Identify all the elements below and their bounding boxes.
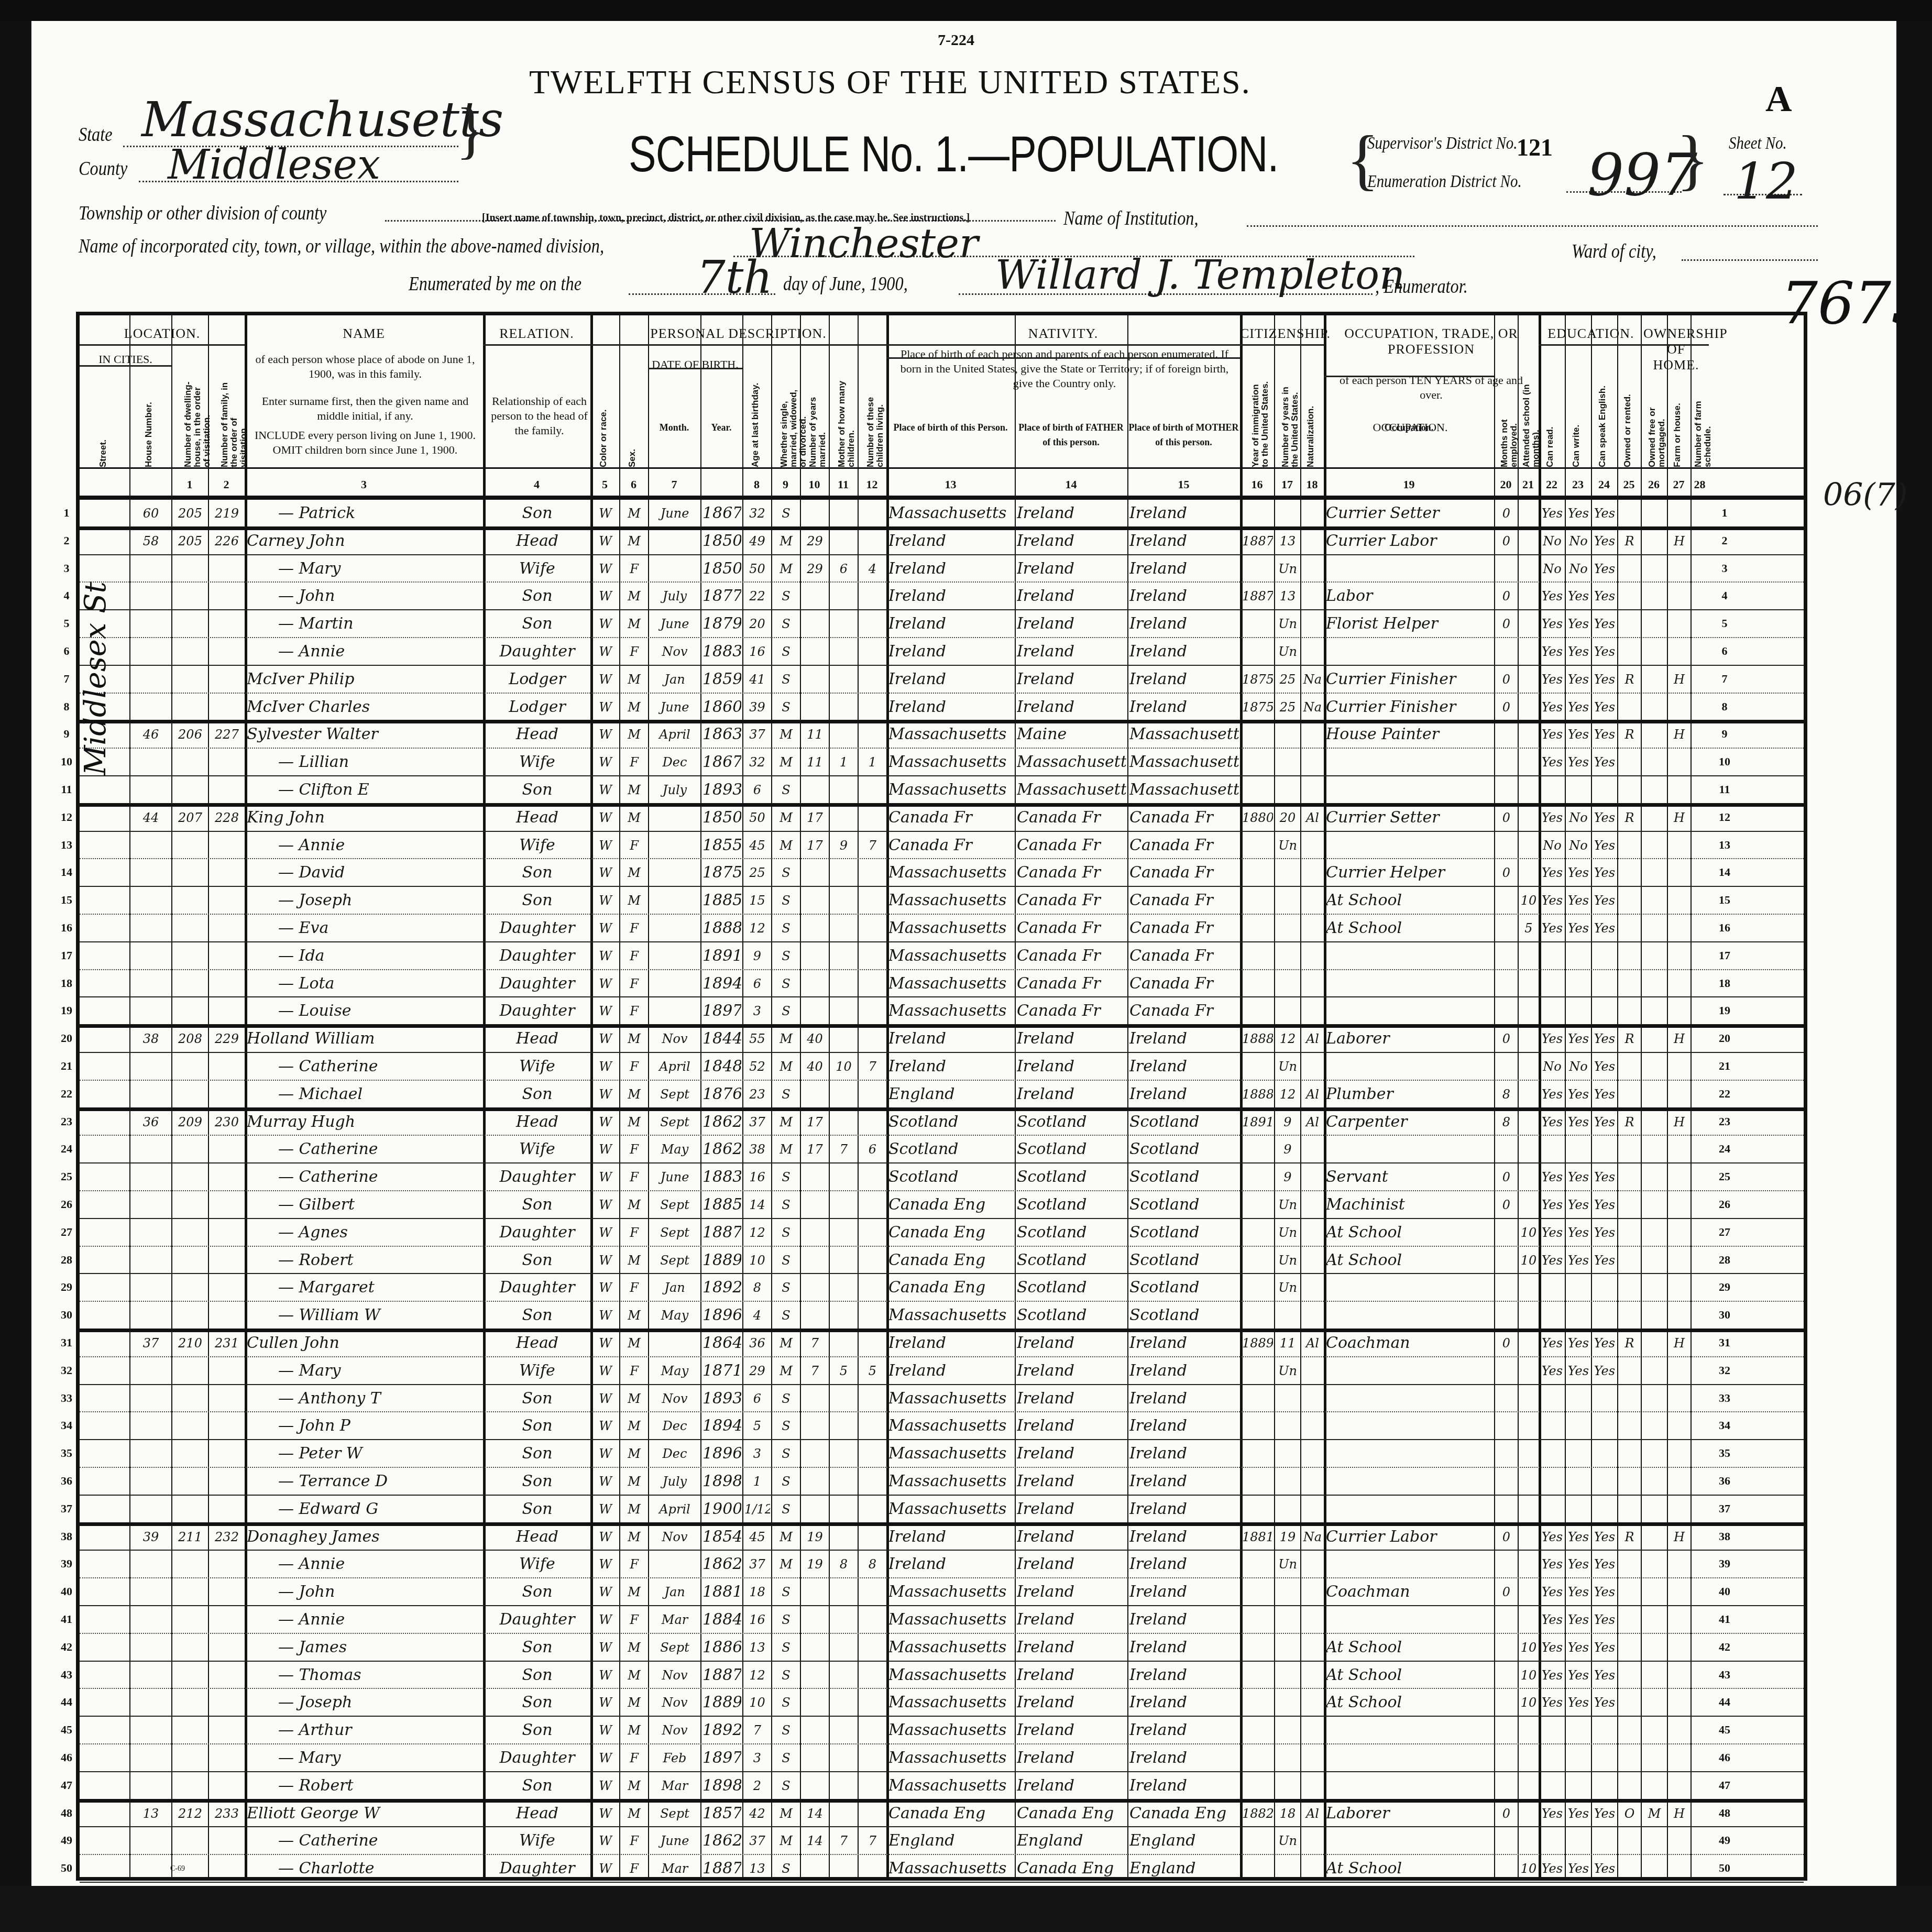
line-number: 27	[56, 1225, 77, 1239]
cell-month: June	[650, 1162, 699, 1192]
cell-marital: S	[773, 1854, 799, 1883]
table-row: — JohnSonWMJan188118SMassachusettsIrelan…	[80, 1577, 1804, 1605]
subheader-nativity-desc: Place of birth of each person and parent…	[892, 347, 1237, 391]
cell-dwell: 207	[173, 803, 207, 832]
cell-age: 3	[744, 1439, 770, 1468]
line-number: 27	[1714, 1225, 1735, 1239]
cell-dwell: 209	[173, 1107, 207, 1137]
cell-read: Yes	[1541, 886, 1564, 915]
cell-sex: F	[621, 914, 647, 943]
cell-name: — Charlotte	[247, 1854, 513, 1883]
cell-name: — Agnes	[247, 1218, 513, 1247]
cell-month: April	[650, 1495, 699, 1524]
cell-rel: Head	[485, 1024, 589, 1053]
cell-rel: Wife	[485, 1356, 589, 1386]
cell-ym: 19	[802, 1522, 828, 1552]
cell-age: 8	[744, 1273, 770, 1302]
cell-name: — Annie	[247, 1605, 513, 1634]
cell-bp: Massachusetts	[888, 1661, 1014, 1690]
cell-bpm: Ireland	[1129, 1716, 1239, 1745]
cell-bpm: Ireland	[1129, 1439, 1239, 1468]
cell-marital: M	[773, 554, 799, 584]
cell-month: Sept	[650, 1246, 699, 1275]
cell-color: W	[592, 1854, 618, 1883]
cell-year: 1888	[702, 914, 741, 943]
line-number: 11	[56, 783, 77, 796]
cell-age: 18	[744, 1577, 770, 1607]
cell-marital: M	[773, 720, 799, 749]
cell-year: 1863	[702, 720, 741, 749]
cell-bpf: Canada Fr	[1017, 886, 1126, 915]
cell-ym: 17	[802, 803, 828, 832]
cell-sex: M	[621, 720, 647, 749]
cell-yrs: Un	[1276, 1356, 1299, 1386]
cell-marital: S	[773, 1661, 799, 1690]
cell-month: June	[650, 609, 699, 639]
cell-year: 1887	[702, 1661, 741, 1690]
cell-write: Yes	[1567, 858, 1590, 887]
cell-sex: F	[621, 1605, 647, 1634]
cell-farm: H	[1669, 1107, 1689, 1137]
cell-write: Yes	[1567, 1024, 1590, 1053]
cell-year: 1883	[702, 637, 741, 666]
cell-marital: S	[773, 693, 799, 722]
cell-age: 6	[744, 969, 770, 998]
cell-bpm: Scotland	[1129, 1301, 1239, 1330]
cell-rel: Son	[485, 1577, 589, 1607]
cell-marital: S	[773, 1384, 799, 1413]
cell-age: 20	[744, 609, 770, 639]
line-number: 47	[1714, 1779, 1735, 1792]
cell-color: W	[592, 1218, 618, 1247]
line-number: 26	[1714, 1198, 1735, 1211]
cell-house: 38	[131, 1024, 170, 1053]
cell-bpf: Canada Fr	[1017, 858, 1126, 887]
cell-occ: At School	[1326, 886, 1493, 915]
cell-write: Yes	[1567, 1605, 1590, 1634]
cell-bpm: Ireland	[1129, 1688, 1239, 1717]
cell-sex: M	[621, 1024, 647, 1053]
column-label: Street.	[98, 378, 108, 467]
cell-bp: Ireland	[888, 1522, 1014, 1552]
cell-read: Yes	[1541, 720, 1564, 749]
cell-bp: Canada Eng	[888, 1218, 1014, 1247]
cell-year: 1896	[702, 1439, 741, 1468]
cell-color: W	[592, 1301, 618, 1330]
cell-year: 1891	[702, 941, 741, 971]
cell-bpf: Scotland	[1017, 1162, 1126, 1192]
cell-sex: F	[621, 1273, 647, 1302]
cell-marital: S	[773, 1080, 799, 1109]
cell-eng: Yes	[1593, 858, 1616, 887]
cell-occ: Coachman	[1326, 1329, 1493, 1358]
cell-name: — Annie	[247, 637, 513, 666]
cell-read: Yes	[1541, 803, 1564, 832]
cell-color: W	[592, 1495, 618, 1524]
column-number: 17	[1274, 478, 1300, 491]
column-number: 27	[1667, 478, 1690, 491]
line-number: 4	[56, 589, 77, 602]
cell-marital: S	[773, 1577, 799, 1607]
cell-rel: Wife	[485, 748, 589, 777]
column-label: Farm or house.	[1673, 378, 1682, 467]
city-value: Winchester	[749, 220, 978, 267]
cell-marital: M	[773, 1356, 799, 1386]
line-number: 10	[56, 755, 77, 769]
cell-bp: Massachusetts	[888, 499, 1014, 528]
cell-marital: S	[773, 914, 799, 943]
cell-year: 1850	[702, 554, 741, 584]
cell-occ: Currier Setter	[1326, 499, 1493, 528]
cell-color: W	[592, 1688, 618, 1717]
cell-read: Yes	[1541, 858, 1564, 887]
cell-write: Yes	[1567, 720, 1590, 749]
line-number: 8	[1714, 700, 1735, 713]
cell-month: Dec	[650, 1439, 699, 1468]
line-number: 9	[1714, 727, 1735, 741]
cell-month: Nov	[650, 1024, 699, 1053]
column-number: 16	[1240, 478, 1274, 491]
cell-bp: Massachusetts	[888, 1633, 1014, 1662]
header-rule	[80, 365, 171, 367]
cell-yrs: 18	[1276, 1799, 1299, 1828]
cell-sex: F	[621, 748, 647, 777]
cell-eng: Yes	[1593, 1024, 1616, 1053]
cell-bpm: Scotland	[1129, 1162, 1239, 1192]
cell-name: — Catherine	[247, 1052, 513, 1081]
table-row: — ArthurSonWMNov18927SMassachusettsIrela…	[80, 1716, 1804, 1743]
cell-name: — Mary	[247, 554, 513, 584]
table-row: — AnnieWifeWF186237M1988IrelandIrelandIr…	[80, 1550, 1804, 1577]
cell-age: 13	[744, 1854, 770, 1883]
cell-age: 6	[744, 1384, 770, 1413]
column-label: Owned or rented.	[1623, 378, 1632, 467]
line-number: 15	[1714, 893, 1735, 907]
cell-color: W	[592, 1633, 618, 1662]
cell-color: W	[592, 914, 618, 943]
cell-year: 1887	[702, 1218, 741, 1247]
cell-bpf: Maine	[1017, 720, 1126, 749]
cell-marital: S	[773, 969, 799, 998]
table-row: — AnnieDaughterWFNov188316SIrelandIrelan…	[80, 637, 1804, 665]
township-label: Township or other division of county	[79, 202, 326, 225]
cell-nat: Al	[1302, 1080, 1323, 1109]
cell-nat: Al	[1302, 1024, 1323, 1053]
cell-mne: 8	[1496, 1107, 1517, 1137]
cell-ym: 17	[802, 1135, 828, 1164]
cell-rel: Son	[485, 775, 589, 805]
cell-bpm: Ireland	[1129, 1467, 1239, 1496]
cell-occ: Currier Setter	[1326, 803, 1493, 832]
cell-bpm: Massachusetts	[1129, 775, 1239, 805]
cell-bpf: Canada Fr	[1017, 969, 1126, 998]
cell-sex: M	[621, 1439, 647, 1468]
cell-month: Feb	[650, 1743, 699, 1773]
column-number: 24	[1591, 478, 1617, 491]
column-label: Can speak English.	[1598, 378, 1607, 467]
cell-bpm: Ireland	[1129, 554, 1239, 584]
enumerator-signature: Willard J. Templeton	[995, 251, 1405, 298]
table-row: — LotaDaughterWF18946SMassachusettsCanad…	[80, 969, 1804, 997]
cell-write: Yes	[1567, 1107, 1590, 1137]
cell-write: Yes	[1567, 1688, 1590, 1717]
population-table: LOCATION.NAMERELATION.PERSONAL DESCRIPTI…	[76, 312, 1807, 1881]
cell-bp: Massachusetts	[888, 1771, 1014, 1801]
cell-bpf: Ireland	[1017, 665, 1126, 694]
cell-house: 44	[131, 803, 170, 832]
cell-month: Nov	[650, 637, 699, 666]
cell-bpf: Ireland	[1017, 1716, 1126, 1745]
cell-bpm: Ireland	[1129, 1024, 1239, 1053]
cell-marital: S	[773, 775, 799, 805]
cell-ym: 19	[802, 1550, 828, 1579]
column-label: Owned free or mortgaged.	[1648, 378, 1666, 467]
cell-year: 1892	[702, 1273, 741, 1302]
cell-bp: Massachusetts	[888, 775, 1014, 805]
cell-eng: Yes	[1593, 1550, 1616, 1579]
cell-bpf: Ireland	[1017, 1439, 1126, 1468]
cell-month: Nov	[650, 1716, 699, 1745]
cell-color: W	[592, 775, 618, 805]
cell-name: — Terrance D	[247, 1467, 513, 1496]
cell-sex: F	[621, 1052, 647, 1081]
cell-bp: Massachusetts	[888, 1411, 1014, 1441]
cell-occ: Currier Helper	[1326, 858, 1493, 887]
cell-ym: 11	[802, 720, 828, 749]
cell-month: Nov	[650, 1661, 699, 1690]
cell-name: — Arthur	[247, 1716, 513, 1745]
cell-color: W	[592, 1162, 618, 1192]
cell-bpm: Scotland	[1129, 1107, 1239, 1137]
cell-house: 13	[131, 1799, 170, 1828]
cell-sex: M	[621, 775, 647, 805]
cell-marital: S	[773, 1218, 799, 1247]
cell-rel: Son	[485, 1688, 589, 1717]
line-number: 13	[1714, 838, 1735, 852]
cell-name: Sylvester Walter	[247, 720, 482, 749]
cell-write: Yes	[1567, 1550, 1590, 1579]
cell-own: R	[1619, 720, 1640, 749]
column-label: Color or race.	[599, 378, 608, 467]
cell-bpm: Scotland	[1129, 1246, 1239, 1275]
cell-month: Nov	[650, 1522, 699, 1552]
header-rule	[648, 368, 742, 369]
cell-read: Yes	[1541, 1080, 1564, 1109]
cell-read: Yes	[1541, 637, 1564, 666]
cell-age: 42	[744, 1799, 770, 1828]
cell-age: 16	[744, 637, 770, 666]
cell-occ: Machinist	[1326, 1190, 1493, 1220]
cell-ym: 11	[802, 748, 828, 777]
cell-bpf: Ireland	[1017, 1384, 1126, 1413]
cell-sex: M	[621, 1080, 647, 1109]
institution-label: Name of Institution,	[1063, 207, 1199, 230]
cell-imm: 1888	[1242, 1024, 1273, 1053]
line-number: 47	[56, 1779, 77, 1792]
cell-farm: H	[1669, 803, 1689, 832]
cell-sex: M	[621, 1495, 647, 1524]
cell-age: 23	[744, 1080, 770, 1109]
cell-rel: Daughter	[485, 1605, 589, 1634]
cell-year: 1885	[702, 1190, 741, 1220]
line-number: 31	[1714, 1336, 1735, 1349]
cell-eng: Yes	[1593, 1577, 1616, 1607]
cell-age: 3	[744, 996, 770, 1026]
cell-age: 12	[744, 914, 770, 943]
cell-marital: M	[773, 1052, 799, 1081]
cell-read: Yes	[1541, 1107, 1564, 1137]
cell-bpf: Ireland	[1017, 1356, 1126, 1386]
cell-name: — Joseph	[247, 886, 513, 915]
cell-rel: Head	[485, 803, 589, 832]
cell-color: W	[592, 1550, 618, 1579]
line-number: 42	[56, 1640, 77, 1654]
line-number: 29	[1714, 1280, 1735, 1294]
subheader-name-instr: Enter surname first, then the given name…	[253, 394, 478, 423]
line-number: 50	[56, 1861, 77, 1875]
cell-read: Yes	[1541, 914, 1564, 943]
cell-year: 1889	[702, 1246, 741, 1275]
cell-bp: Scotland	[888, 1162, 1014, 1192]
cell-rel: Head	[485, 1799, 589, 1828]
section-header: OCCUPATION, TRADE, OR PROFESSION	[1324, 326, 1539, 357]
cell-yrs: Un	[1276, 637, 1299, 666]
cell-marital: M	[773, 1799, 799, 1828]
cell-moc: 7	[831, 1826, 857, 1856]
cell-cl: 4	[860, 554, 885, 584]
cell-bpm: Canada Fr	[1129, 803, 1239, 832]
table-row: 37210231Cullen JohnHeadWM186436M7Ireland…	[80, 1329, 1804, 1356]
cell-bp: Scotland	[888, 1135, 1014, 1164]
cell-eng: Yes	[1593, 1246, 1616, 1275]
cell-occ: Laborer	[1326, 1024, 1493, 1053]
cell-marital: S	[773, 1605, 799, 1634]
cell-bpm: Scotland	[1129, 1218, 1239, 1247]
cell-sex: M	[621, 665, 647, 694]
cell-sex: F	[621, 969, 647, 998]
table-row: — RobertSonWMSept188910SCanada EngScotla…	[80, 1246, 1804, 1274]
column-label: Number of dwelling-house, in the order o…	[183, 378, 212, 467]
column-label: Mother of how many children.	[837, 378, 856, 467]
cell-bpm: Ireland	[1129, 1771, 1239, 1801]
cell-bpm: Canada Fr	[1129, 831, 1239, 860]
cell-read: Yes	[1541, 1246, 1564, 1275]
cell-occ: Laborer	[1326, 1799, 1493, 1828]
table-row: 60205219— PatrickSonWMJune186732SMassach…	[80, 499, 1804, 526]
cell-rel: Son	[485, 1384, 589, 1413]
cell-bp: England	[888, 1080, 1014, 1109]
cell-name: — Patrick	[247, 499, 513, 528]
cell-color: W	[592, 1384, 618, 1413]
line-number: 4	[1714, 589, 1735, 602]
enumerated-label: Enumerated by me on the	[409, 272, 581, 295]
cell-name: — Clifton E	[247, 775, 513, 805]
cell-age: 1/12	[744, 1495, 770, 1524]
cell-bpm: Ireland	[1129, 609, 1239, 639]
cell-month: Sept	[650, 1633, 699, 1662]
cell-bpm: Scotland	[1129, 1135, 1239, 1164]
cell-rel: Wife	[485, 1052, 589, 1081]
cell-name: — Robert	[247, 1771, 513, 1801]
cell-color: W	[592, 499, 618, 528]
line-number: 2	[1714, 534, 1735, 547]
line-number: 12	[56, 810, 77, 824]
cell-bpm: Ireland	[1129, 526, 1239, 556]
cell-bp: Ireland	[888, 693, 1014, 722]
cell-sex: M	[621, 1411, 647, 1441]
cell-bpf: Scotland	[1017, 1273, 1126, 1302]
column-number: 22	[1539, 478, 1565, 491]
cell-name: — Thomas	[247, 1661, 513, 1690]
cell-sch: 10	[1520, 1246, 1538, 1275]
cell-month: Dec	[650, 748, 699, 777]
cell-read: Yes	[1541, 609, 1564, 639]
column-number: 11	[829, 478, 858, 491]
table-row: — JamesSonWMSept188613SMassachusettsIrel…	[80, 1633, 1804, 1661]
cell-read: Yes	[1541, 1550, 1564, 1579]
cell-sex: M	[621, 499, 647, 528]
cell-bp: Canada Eng	[888, 1799, 1014, 1828]
cell-bp: Ireland	[888, 609, 1014, 639]
cell-marital: M	[773, 1107, 799, 1137]
cell-rel: Head	[485, 1107, 589, 1137]
cell-name: — William W	[247, 1301, 513, 1330]
cell-imm: 1887	[1242, 581, 1273, 611]
cell-year: 1886	[702, 1633, 741, 1662]
cell-bpm: Canada Eng	[1129, 1799, 1239, 1828]
cell-write: Yes	[1567, 1080, 1590, 1109]
cell-read: No	[1541, 1052, 1564, 1081]
cell-write: Yes	[1567, 1329, 1590, 1358]
cell-mne: 0	[1496, 1024, 1517, 1053]
line-number: 31	[56, 1336, 77, 1349]
cell-age: 1	[744, 1467, 770, 1496]
cell-imm: 1875	[1242, 665, 1273, 694]
line-number: 36	[1714, 1474, 1735, 1488]
line-number: 45	[1714, 1723, 1735, 1737]
section-header: NAME	[245, 326, 483, 342]
cell-mne: 0	[1496, 858, 1517, 887]
cell-yrs: 9	[1276, 1162, 1299, 1192]
cell-eng: Yes	[1593, 748, 1616, 777]
cell-bp: Canada Eng	[888, 1190, 1014, 1220]
cell-occ: At School	[1326, 1246, 1493, 1275]
cell-occ: At School	[1326, 1661, 1493, 1690]
cell-own: R	[1619, 1329, 1640, 1358]
cell-yrs: Un	[1276, 1218, 1299, 1247]
cell-occ: At School	[1326, 914, 1493, 943]
cell-marital: S	[773, 1411, 799, 1441]
cell-rel: Son	[485, 1661, 589, 1690]
cell-ym: 17	[802, 831, 828, 860]
cell-cl: 8	[860, 1550, 885, 1579]
cell-year: 1862	[702, 1550, 741, 1579]
cell-age: 14	[744, 1190, 770, 1220]
cell-year: 1867	[702, 748, 741, 777]
cell-ym: 29	[802, 526, 828, 556]
cell-ym: 17	[802, 1107, 828, 1137]
cell-read: Yes	[1541, 1688, 1564, 1717]
line-number: 40	[56, 1585, 77, 1598]
cell-marital: S	[773, 1633, 799, 1662]
cell-rel: Lodger	[485, 693, 589, 722]
cell-bpm: Ireland	[1129, 1329, 1239, 1358]
cell-eng: Yes	[1593, 581, 1616, 611]
cell-marital: S	[773, 665, 799, 694]
cell-occ: At School	[1326, 1854, 1493, 1883]
column-number: 25	[1617, 478, 1641, 491]
cell-color: W	[592, 609, 618, 639]
